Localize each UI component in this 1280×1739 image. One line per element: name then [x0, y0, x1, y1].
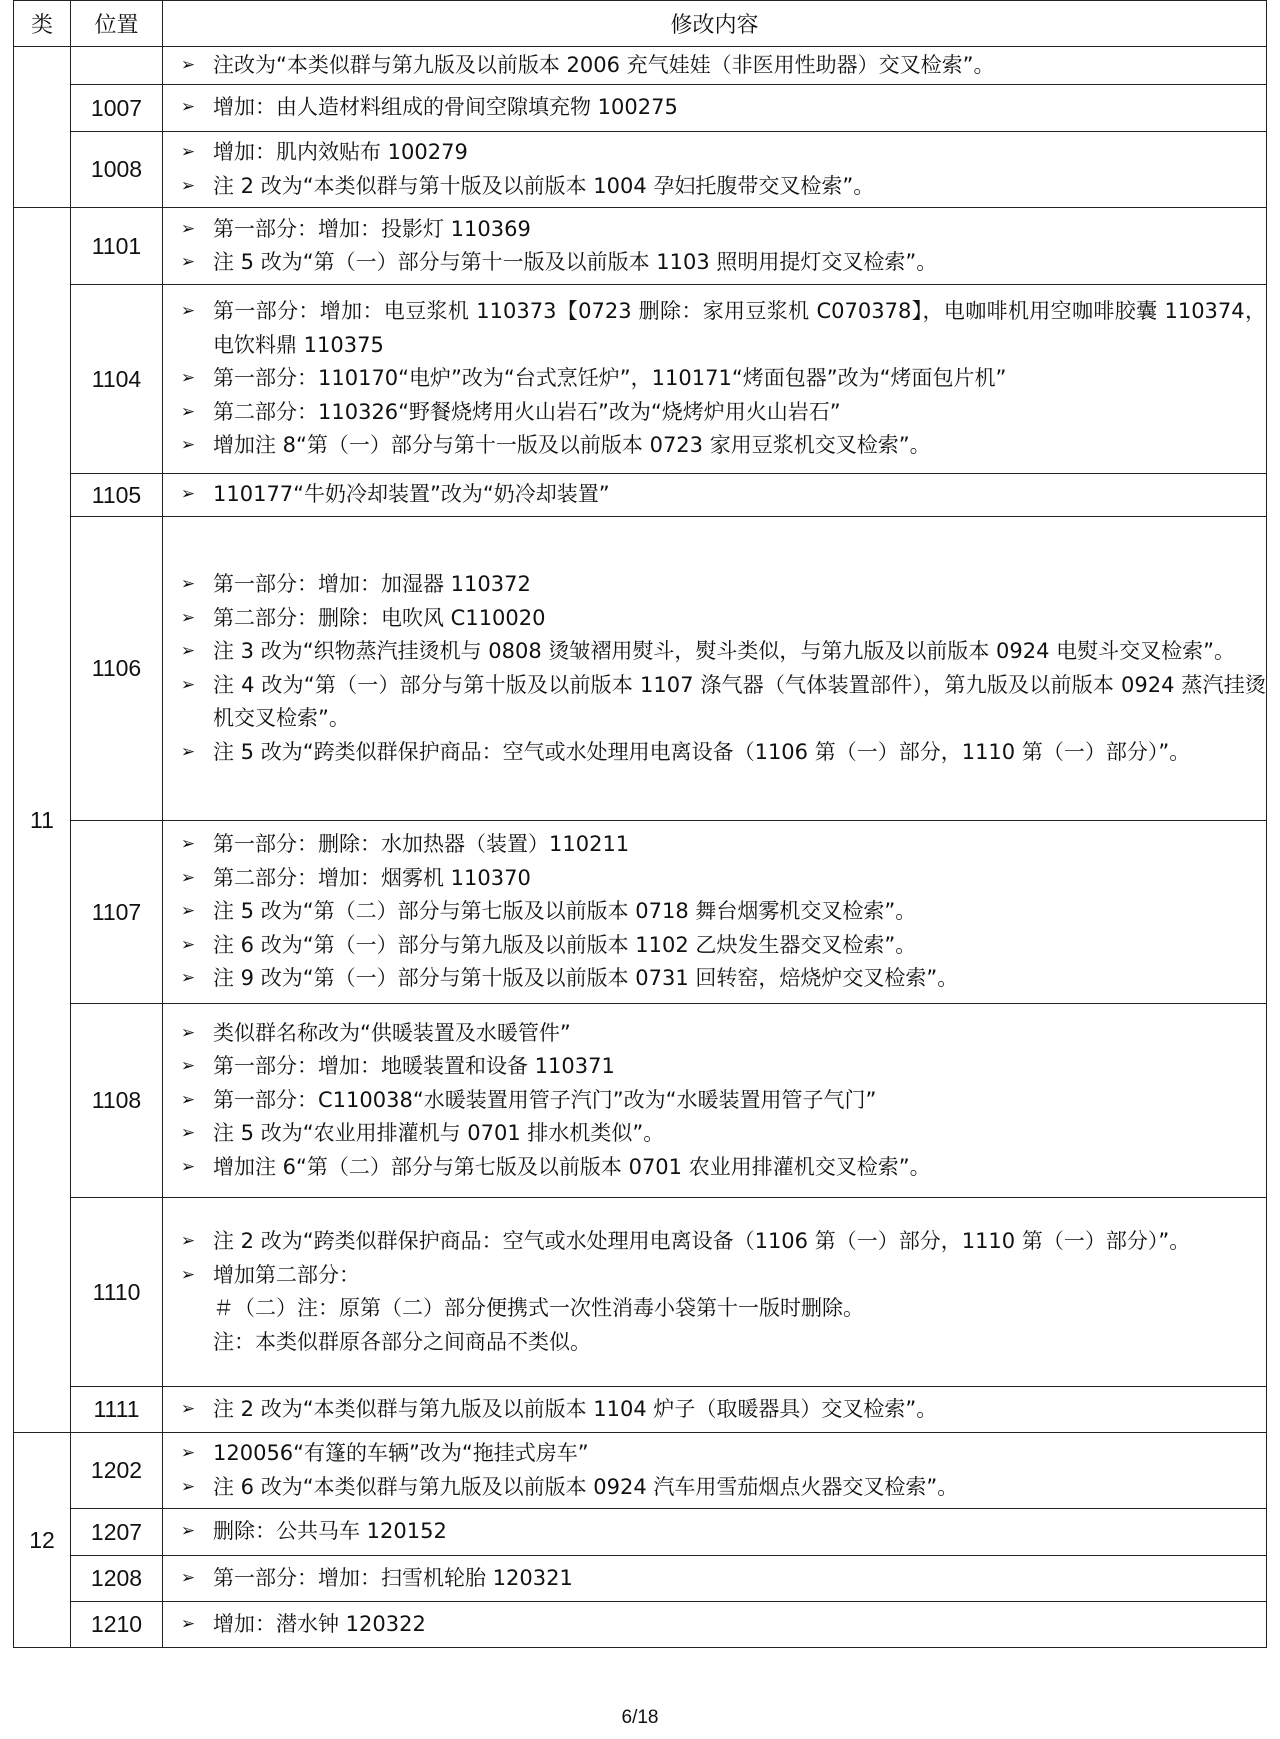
position-cell: 1208: [71, 1556, 163, 1602]
arrow-bullet-icon: ➢: [163, 862, 213, 896]
item-text: 增加注 8“第（一）部分与第十一版及以前版本 0723 家用豆浆机交叉检索”。: [213, 429, 1266, 463]
sub-note: ＃（二）注：原第（二）部分便携式一次性消毒小袋第十一版时删除。: [163, 1292, 1266, 1326]
item-text: 注 4 改为“第（一）部分与第十版及以前版本 1107 涤气器（气体装置部件），…: [213, 669, 1266, 736]
item-text: 注 9 改为“第（一）部分与第十版及以前版本 0731 回转窑，焙烧炉交叉检索”…: [213, 962, 1266, 996]
arrow-bullet-icon: ➢: [163, 213, 213, 247]
list-item: ➢第一部分：C110038“水暖装置用管子汽门”改为“水暖装置用管子气门”: [163, 1084, 1266, 1118]
arrow-bullet-icon: ➢: [163, 1050, 213, 1084]
item-text: 第二部分：110326“野餐烧烤用火山岩石”改为“烧烤炉用火山岩石”: [213, 396, 1266, 430]
list-item: ➢第二部分：110326“野餐烧烤用火山岩石”改为“烧烤炉用火山岩石”: [163, 396, 1266, 430]
item-text: 第一部分：增加：地暖装置和设备 110371: [213, 1050, 1266, 1084]
arrow-bullet-icon: ➢: [163, 962, 213, 996]
content-cell: ➢110177“牛奶冷却装置”改为“奶冷却装置”: [163, 474, 1267, 517]
table-row: 1107➢第一部分：删除：水加热器（装置）110211➢第二部分：增加：烟雾机 …: [14, 821, 1267, 1004]
table-row: 1210➢增加：潜水钟 120322: [14, 1602, 1267, 1648]
class-cell: 11: [14, 208, 71, 1433]
arrow-bullet-icon: ➢: [163, 1471, 213, 1505]
table-row: 121202➢120056“有篷的车辆”改为“拖挂式房车”➢注 6 改为“本类似…: [14, 1433, 1267, 1509]
list-item: ➢增加注 6“第（二）部分与第七版及以前版本 0701 农业用排灌机交叉检索”。: [163, 1151, 1266, 1185]
list-item: ➢120056“有篷的车辆”改为“拖挂式房车”: [163, 1437, 1266, 1471]
class-cell: 12: [14, 1433, 71, 1648]
item-text: 注 5 改为“跨类似群保护商品：空气或水处理用电离设备（1106 第（一）部分，…: [213, 736, 1266, 770]
arrow-bullet-icon: ➢: [163, 429, 213, 463]
list-item: ➢第一部分：110170“电炉”改为“台式烹饪炉”，110171“烤面包器”改为…: [163, 362, 1266, 396]
arrow-bullet-icon: ➢: [163, 828, 213, 862]
content-cell: ➢删除：公共马车 120152: [163, 1509, 1267, 1556]
item-text: 增加注 6“第（二）部分与第七版及以前版本 0701 农业用排灌机交叉检索”。: [213, 1151, 1266, 1185]
item-text: 第一部分：删除：水加热器（装置）110211: [213, 828, 1266, 862]
list-item: ➢注 5 改为“农业用排灌机与 0701 排水机类似”。: [163, 1117, 1266, 1151]
list-item: ➢增加第二部分：: [163, 1259, 1266, 1293]
content-cell: ➢注 2 改为“本类似群与第九版及以前版本 1104 炉子（取暖器具）交叉检索”…: [163, 1387, 1267, 1433]
list-item: ➢类似群名称改为“供暖装置及水暖管件”: [163, 1017, 1266, 1051]
list-item: ➢第二部分：增加：烟雾机 110370: [163, 862, 1266, 896]
arrow-bullet-icon: ➢: [163, 91, 213, 125]
item-text: 注 2 改为“跨类似群保护商品：空气或水处理用电离设备（1106 第（一）部分，…: [213, 1225, 1266, 1259]
item-text: 注 5 改为“农业用排灌机与 0701 排水机类似”。: [213, 1117, 1266, 1151]
table-row: 1208➢第一部分：增加：扫雪机轮胎 120321: [14, 1556, 1267, 1602]
list-item: ➢注 2 改为“本类似群与第十版及以前版本 1004 孕妇托腹带交叉检索”。: [163, 170, 1266, 204]
list-item: ➢注改为“本类似群与第九版及以前版本 2006 充气娃娃（非医用性助器）交叉检索…: [163, 49, 1266, 83]
position-cell: 1210: [71, 1602, 163, 1648]
item-text: 第一部分：增加：加湿器 110372: [213, 568, 1266, 602]
content-cell: ➢第一部分：删除：水加热器（装置）110211➢第二部分：增加：烟雾机 1103…: [163, 821, 1267, 1004]
table-row: 1111➢注 2 改为“本类似群与第九版及以前版本 1104 炉子（取暖器具）交…: [14, 1387, 1267, 1433]
position-cell: 1106: [71, 517, 163, 821]
table-row: ➢注改为“本类似群与第九版及以前版本 2006 充气娃娃（非医用性助器）交叉检索…: [14, 47, 1267, 85]
arrow-bullet-icon: ➢: [163, 1562, 213, 1596]
list-item: ➢注 3 改为“织物蒸汽挂烫机与 0808 烫皱褶用熨斗，熨斗类似，与第九版及以…: [163, 635, 1266, 669]
item-text: 类似群名称改为“供暖装置及水暖管件”: [213, 1017, 1266, 1051]
arrow-bullet-icon: ➢: [163, 246, 213, 280]
list-item: ➢注 2 改为“本类似群与第九版及以前版本 1104 炉子（取暖器具）交叉检索”…: [163, 1393, 1266, 1427]
item-text: 增加：肌内效贴布 100279: [213, 136, 1266, 170]
arrow-bullet-icon: ➢: [163, 136, 213, 170]
position-cell: 1008: [71, 132, 163, 208]
table-row: 1105➢110177“牛奶冷却装置”改为“奶冷却装置”: [14, 474, 1267, 517]
item-text: 注 5 改为“第（二）部分与第七版及以前版本 0718 舞台烟雾机交叉检索”。: [213, 895, 1266, 929]
position-cell: 1007: [71, 85, 163, 132]
position-cell: 1108: [71, 1004, 163, 1198]
item-text: 删除：公共马车 120152: [213, 1515, 1266, 1549]
class-cell: [14, 47, 71, 208]
list-item: ➢第一部分：增加：加湿器 110372: [163, 568, 1266, 602]
content-cell: ➢120056“有篷的车辆”改为“拖挂式房车”➢注 6 改为“本类似群与第九版及…: [163, 1433, 1267, 1509]
arrow-bullet-icon: ➢: [163, 1515, 213, 1549]
list-item: ➢第一部分：增加：投影灯 110369: [163, 213, 1266, 247]
list-item: ➢增加注 8“第（一）部分与第十一版及以前版本 0723 家用豆浆机交叉检索”。: [163, 429, 1266, 463]
header-class: 类: [14, 1, 71, 47]
item-text: 注 2 改为“本类似群与第九版及以前版本 1104 炉子（取暖器具）交叉检索”。: [213, 1393, 1266, 1427]
arrow-bullet-icon: ➢: [163, 1225, 213, 1259]
list-item: ➢注 5 改为“跨类似群保护商品：空气或水处理用电离设备（1106 第（一）部分…: [163, 736, 1266, 770]
list-item: ➢第二部分：删除：电吹风 C110020: [163, 602, 1266, 636]
item-text: 第一部分：增加：投影灯 110369: [213, 213, 1266, 247]
item-text: 注 5 改为“第（一）部分与第十一版及以前版本 1103 照明用提灯交叉检索”。: [213, 246, 1266, 280]
arrow-bullet-icon: ➢: [163, 1393, 213, 1427]
position-cell: 1110: [71, 1198, 163, 1387]
item-text: 注 2 改为“本类似群与第十版及以前版本 1004 孕妇托腹带交叉检索”。: [213, 170, 1266, 204]
header-position: 位置: [71, 1, 163, 47]
item-text: 第一部分：增加：扫雪机轮胎 120321: [213, 1562, 1266, 1596]
content-cell: ➢增加：肌内效贴布 100279➢注 2 改为“本类似群与第十版及以前版本 10…: [163, 132, 1267, 208]
content-cell: ➢第一部分：增加：电豆浆机 110373【0723 删除：家用豆浆机 C0703…: [163, 285, 1267, 474]
list-item: ➢增加：潜水钟 120322: [163, 1608, 1266, 1642]
item-text: 注改为“本类似群与第九版及以前版本 2006 充气娃娃（非医用性助器）交叉检索”…: [213, 49, 1266, 83]
item-text: 第一部分：C110038“水暖装置用管子汽门”改为“水暖装置用管子气门”: [213, 1084, 1266, 1118]
position-cell: [71, 47, 163, 85]
list-item: ➢第一部分：增加：扫雪机轮胎 120321: [163, 1562, 1266, 1596]
table-row: 111101➢第一部分：增加：投影灯 110369➢注 5 改为“第（一）部分与…: [14, 208, 1267, 285]
item-text: 增加：潜水钟 120322: [213, 1608, 1266, 1642]
item-text: 第一部分：110170“电炉”改为“台式烹饪炉”，110171“烤面包器”改为“…: [213, 362, 1266, 396]
list-item: ➢注 5 改为“第（一）部分与第十一版及以前版本 1103 照明用提灯交叉检索”…: [163, 246, 1266, 280]
arrow-bullet-icon: ➢: [163, 170, 213, 204]
position-cell: 1111: [71, 1387, 163, 1433]
position-cell: 1202: [71, 1433, 163, 1509]
item-text: 增加：由人造材料组成的骨间空隙填充物 100275: [213, 91, 1266, 125]
arrow-bullet-icon: ➢: [163, 1117, 213, 1151]
list-item: ➢注 9 改为“第（一）部分与第十版及以前版本 0731 回转窑，焙烧炉交叉检索…: [163, 962, 1266, 996]
arrow-bullet-icon: ➢: [163, 1151, 213, 1185]
amendment-table: 类 位置 修改内容 ➢注改为“本类似群与第九版及以前版本 2006 充气娃娃（非…: [13, 0, 1267, 1648]
list-item: ➢第一部分：增加：地暖装置和设备 110371: [163, 1050, 1266, 1084]
position-cell: 1104: [71, 285, 163, 474]
arrow-bullet-icon: ➢: [163, 362, 213, 396]
item-text: 第二部分：删除：电吹风 C110020: [213, 602, 1266, 636]
arrow-bullet-icon: ➢: [163, 1608, 213, 1642]
list-item: ➢增加：肌内效贴布 100279: [163, 136, 1266, 170]
arrow-bullet-icon: ➢: [163, 1259, 213, 1293]
item-text: 120056“有篷的车辆”改为“拖挂式房车”: [213, 1437, 1266, 1471]
list-item: ➢注 4 改为“第（一）部分与第十版及以前版本 1107 涤气器（气体装置部件）…: [163, 669, 1266, 736]
list-item: ➢注 2 改为“跨类似群保护商品：空气或水处理用电离设备（1106 第（一）部分…: [163, 1225, 1266, 1259]
arrow-bullet-icon: ➢: [163, 295, 213, 329]
position-cell: 1101: [71, 208, 163, 285]
table-row: 1207➢删除：公共马车 120152: [14, 1509, 1267, 1556]
arrow-bullet-icon: ➢: [163, 929, 213, 963]
table-row: 1008➢增加：肌内效贴布 100279➢注 2 改为“本类似群与第十版及以前版…: [14, 132, 1267, 208]
list-item: ➢增加：由人造材料组成的骨间空隙填充物 100275: [163, 91, 1266, 125]
header-content: 修改内容: [163, 1, 1267, 47]
table-row: 1106➢第一部分：增加：加湿器 110372➢第二部分：删除：电吹风 C110…: [14, 517, 1267, 821]
arrow-bullet-icon: ➢: [163, 1017, 213, 1051]
table-body: ➢注改为“本类似群与第九版及以前版本 2006 充气娃娃（非医用性助器）交叉检索…: [14, 47, 1267, 1648]
list-item: ➢第一部分：增加：电豆浆机 110373【0723 删除：家用豆浆机 C0703…: [163, 295, 1266, 362]
arrow-bullet-icon: ➢: [163, 1084, 213, 1118]
item-text: 增加第二部分：: [213, 1259, 1266, 1293]
arrow-bullet-icon: ➢: [163, 602, 213, 636]
arrow-bullet-icon: ➢: [163, 1437, 213, 1471]
table-row: 1007➢增加：由人造材料组成的骨间空隙填充物 100275: [14, 85, 1267, 132]
content-cell: ➢类似群名称改为“供暖装置及水暖管件”➢第一部分：增加：地暖装置和设备 1103…: [163, 1004, 1267, 1198]
list-item: ➢第一部分：删除：水加热器（装置）110211: [163, 828, 1266, 862]
position-cell: 1107: [71, 821, 163, 1004]
arrow-bullet-icon: ➢: [163, 396, 213, 430]
arrow-bullet-icon: ➢: [163, 49, 213, 83]
content-cell: ➢第一部分：增加：加湿器 110372➢第二部分：删除：电吹风 C110020➢…: [163, 517, 1267, 821]
table-row: 1108➢类似群名称改为“供暖装置及水暖管件”➢第一部分：增加：地暖装置和设备 …: [14, 1004, 1267, 1198]
list-item: ➢110177“牛奶冷却装置”改为“奶冷却装置”: [163, 478, 1266, 512]
item-text: 注 6 改为“第（一）部分与第九版及以前版本 1102 乙炔发生器交叉检索”。: [213, 929, 1266, 963]
table-row: 1110➢注 2 改为“跨类似群保护商品：空气或水处理用电离设备（1106 第（…: [14, 1198, 1267, 1387]
sub-note: 注：本类似群原各部分之间商品不类似。: [163, 1326, 1266, 1360]
item-text: 第二部分：增加：烟雾机 110370: [213, 862, 1266, 896]
item-text: 注 6 改为“本类似群与第九版及以前版本 0924 汽车用雪茄烟点火器交叉检索”…: [213, 1471, 1266, 1505]
table-header-row: 类 位置 修改内容: [14, 1, 1267, 47]
content-cell: ➢第一部分：增加：扫雪机轮胎 120321: [163, 1556, 1267, 1602]
content-cell: ➢第一部分：增加：投影灯 110369➢注 5 改为“第（一）部分与第十一版及以…: [163, 208, 1267, 285]
list-item: ➢注 6 改为“本类似群与第九版及以前版本 0924 汽车用雪茄烟点火器交叉检索…: [163, 1471, 1266, 1505]
content-cell: ➢注改为“本类似群与第九版及以前版本 2006 充气娃娃（非医用性助器）交叉检索…: [163, 47, 1267, 85]
content-cell: ➢增加：潜水钟 120322: [163, 1602, 1267, 1648]
list-item: ➢注 6 改为“第（一）部分与第九版及以前版本 1102 乙炔发生器交叉检索”。: [163, 929, 1266, 963]
position-cell: 1105: [71, 474, 163, 517]
arrow-bullet-icon: ➢: [163, 736, 213, 770]
position-cell: 1207: [71, 1509, 163, 1556]
table-row: 1104➢第一部分：增加：电豆浆机 110373【0723 删除：家用豆浆机 C…: [14, 285, 1267, 474]
item-text: 注 3 改为“织物蒸汽挂烫机与 0808 烫皱褶用熨斗，熨斗类似，与第九版及以前…: [213, 635, 1266, 669]
item-text: 110177“牛奶冷却装置”改为“奶冷却装置”: [213, 478, 1266, 512]
page-number: 6/18: [0, 1707, 1280, 1729]
arrow-bullet-icon: ➢: [163, 478, 213, 512]
arrow-bullet-icon: ➢: [163, 895, 213, 929]
content-cell: ➢增加：由人造材料组成的骨间空隙填充物 100275: [163, 85, 1267, 132]
arrow-bullet-icon: ➢: [163, 669, 213, 703]
item-text: 第一部分：增加：电豆浆机 110373【0723 删除：家用豆浆机 C07037…: [213, 295, 1266, 362]
arrow-bullet-icon: ➢: [163, 635, 213, 669]
list-item: ➢删除：公共马车 120152: [163, 1515, 1266, 1549]
list-item: ➢注 5 改为“第（二）部分与第七版及以前版本 0718 舞台烟雾机交叉检索”。: [163, 895, 1266, 929]
arrow-bullet-icon: ➢: [163, 568, 213, 602]
content-cell: ➢注 2 改为“跨类似群保护商品：空气或水处理用电离设备（1106 第（一）部分…: [163, 1198, 1267, 1387]
